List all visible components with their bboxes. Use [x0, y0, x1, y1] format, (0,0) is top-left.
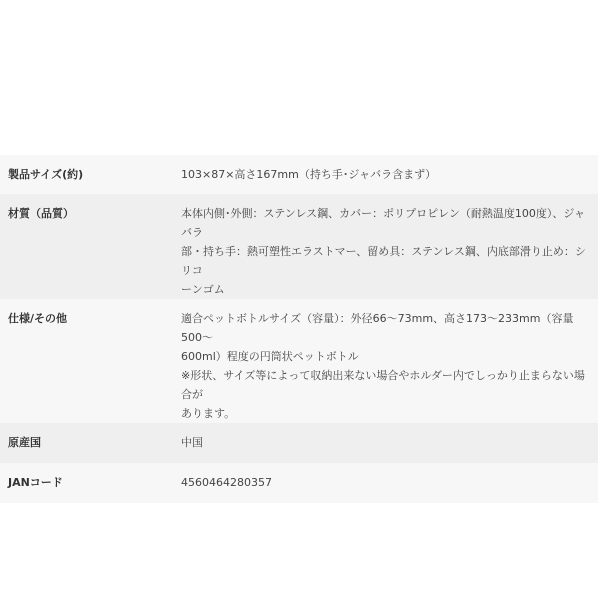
spec-label: 仕様/その他 [0, 299, 181, 423]
spec-value: 適合ペットボトルサイズ（容量）：外径66～73mm、高さ173～233mm（容量… [181, 299, 598, 423]
spec-label: 材質（品質） [0, 194, 181, 299]
spec-row-product-size: 製品サイズ(約) 103×87×高さ167mm（持ち手･ジャバラ含まず） [0, 155, 598, 194]
spec-value-line: 103×87×高さ167mm（持ち手･ジャバラ含まず） [181, 165, 588, 184]
spec-value: 4560464280357 [181, 463, 598, 503]
spec-value-line: 本体内側･外側：ステンレス鋼、カバー：ポリプロピレン（耐熱温度100度）、ジャバ… [181, 204, 588, 242]
spec-value: 本体内側･外側：ステンレス鋼、カバー：ポリプロピレン（耐熱温度100度）、ジャバ… [181, 194, 598, 299]
spec-value-line: 部・持ち手：熱可塑性エラストマー、留め具：ステンレス鋼、内底部滑り止め：シリコ [181, 242, 588, 280]
spec-row-origin: 原産国 中国 [0, 423, 598, 463]
spec-row-material: 材質（品質） 本体内側･外側：ステンレス鋼、カバー：ポリプロピレン（耐熱温度10… [0, 194, 598, 299]
spec-value-line: 4560464280357 [181, 473, 588, 492]
spec-value-line: 適合ペットボトルサイズ（容量）：外径66～73mm、高さ173～233mm（容量… [181, 309, 588, 347]
spec-value: 103×87×高さ167mm（持ち手･ジャバラ含まず） [181, 155, 598, 194]
spec-label: 製品サイズ(約) [0, 155, 181, 194]
spec-label: 原産国 [0, 423, 181, 463]
spec-value-line: 600ml）程度の円筒状ペットボトル [181, 347, 588, 366]
spec-value-line: あります。 [181, 404, 588, 423]
spec-value-line: ーンゴム [181, 280, 588, 299]
spec-row-jan-code: JANコード 4560464280357 [0, 463, 598, 503]
spec-value-line: ※形状、サイズ等によって収納出来ない場合やホルダー内でしっかり止まらない場合が [181, 366, 588, 404]
spec-value-line: 中国 [181, 433, 588, 452]
spec-row-other: 仕様/その他 適合ペットボトルサイズ（容量）：外径66～73mm、高さ173～2… [0, 299, 598, 423]
product-spec-table: 製品サイズ(約) 103×87×高さ167mm（持ち手･ジャバラ含まず） 材質（… [0, 155, 598, 503]
spec-label: JANコード [0, 463, 181, 503]
spec-value: 中国 [181, 423, 598, 463]
